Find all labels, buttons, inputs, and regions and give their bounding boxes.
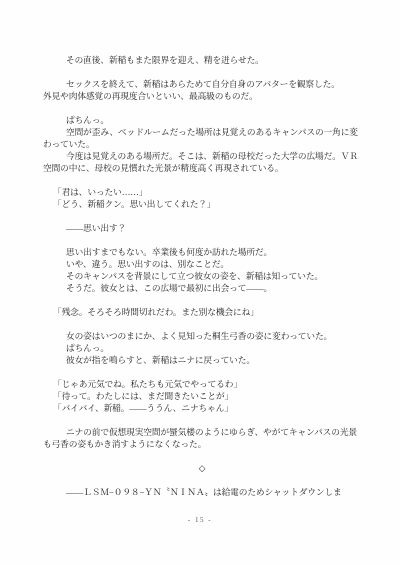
blank-line	[43, 414, 361, 426]
blank-line	[43, 366, 361, 378]
text-line: ぱちんっ。	[43, 342, 361, 354]
text-line: 「残念。そろそろ時間切れだわ。また別な機会にね」	[43, 306, 361, 318]
text-line: 外見や肉体感覚の再現度合いといい、最高級のものだ。	[43, 90, 361, 102]
text-line: そうだ。彼女とは、この広場で最初に出会って——。	[43, 282, 361, 294]
text-line: わっていた。	[43, 138, 361, 150]
text-line: も弓香の姿もかき消すようになくなった。	[43, 438, 361, 450]
emphasized-text: 私たち	[130, 379, 156, 389]
blank-line	[43, 66, 361, 78]
text-line: ニナの前で仮想現実空間が蜃気楼のようにゆらぎ、やがてキャンパスの光景	[43, 426, 361, 438]
text-line: 今度は見覚えのある場所だ。そこは、新稲の母校だった大学の広場だ。ＶＲ	[43, 150, 361, 162]
text-line: 「どう、新稲クン。思い出してくれた？」	[43, 198, 361, 210]
text-line: ——思い出す？	[43, 222, 361, 234]
text-line: 女の姿はいつのまにか、よく見知った桐生弓香の姿に変わっていた。	[43, 330, 361, 342]
text-line: 彼女が指を鳴らすと、新稲はニナに戻っていた。	[43, 354, 361, 366]
text-line: 空間が歪み、ベッドルームだった場所は見覚えのあるキャンパスの一角に変	[43, 126, 361, 138]
blank-line	[43, 318, 361, 330]
text-segment: 「じゃあ元気でね。	[53, 379, 130, 389]
text-line: セックスを終えて、新稲はあらためて自分自身のアバターを観察した。	[43, 78, 361, 90]
blank-line	[43, 102, 361, 114]
blank-line	[43, 474, 361, 486]
text-segment: も元気でやってるわ」	[156, 379, 242, 389]
text-line: 空間の中に、母校の見慣れた光景が精度高く再現されている。	[43, 162, 361, 174]
text-line: 「じゃあ元気でね。私たちも元気でやってるわ」	[43, 378, 361, 390]
text-line: 「バイバイ、新稲。——ううん、ニナちゃん」	[43, 402, 361, 414]
text-line: 思い出すまでもない。卒業後も何度か訪れた場所だ。	[43, 246, 361, 258]
text-line: いや、違う。思い出すのは、別なことだ。	[43, 258, 361, 270]
blank-line	[43, 294, 361, 306]
document-page: その直後、新稲もまた限界を迎え、精を迸らせた。 セックスを終えて、新稲はあらため…	[0, 0, 400, 565]
blank-line	[43, 210, 361, 222]
text-line: 「待って。わたしには、まだ聞きたいことが」	[43, 390, 361, 402]
text-line: そのキャンパスを背景にして立つ彼女の姿を、新稲は知っていた。	[43, 270, 361, 282]
blank-line	[43, 450, 361, 462]
text-line: 「君は、いったい……」	[43, 186, 361, 198]
blank-line	[43, 174, 361, 186]
blank-line	[43, 234, 361, 246]
text-line: その直後、新稲もまた限界を迎え、精を迸らせた。	[43, 54, 361, 66]
section-divider: ◇	[43, 462, 361, 474]
text-line: ——ＬＳＭ−０９８−ＹＮ〝ＮＩＮＡ〟は給電のためシャットダウンしま	[43, 486, 361, 498]
text-lines: その直後、新稲もまた限界を迎え、精を迸らせた。 セックスを終えて、新稲はあらため…	[43, 54, 361, 498]
page-number: - 15 -	[0, 516, 400, 524]
text-line: ぱちんっ。	[43, 114, 361, 126]
